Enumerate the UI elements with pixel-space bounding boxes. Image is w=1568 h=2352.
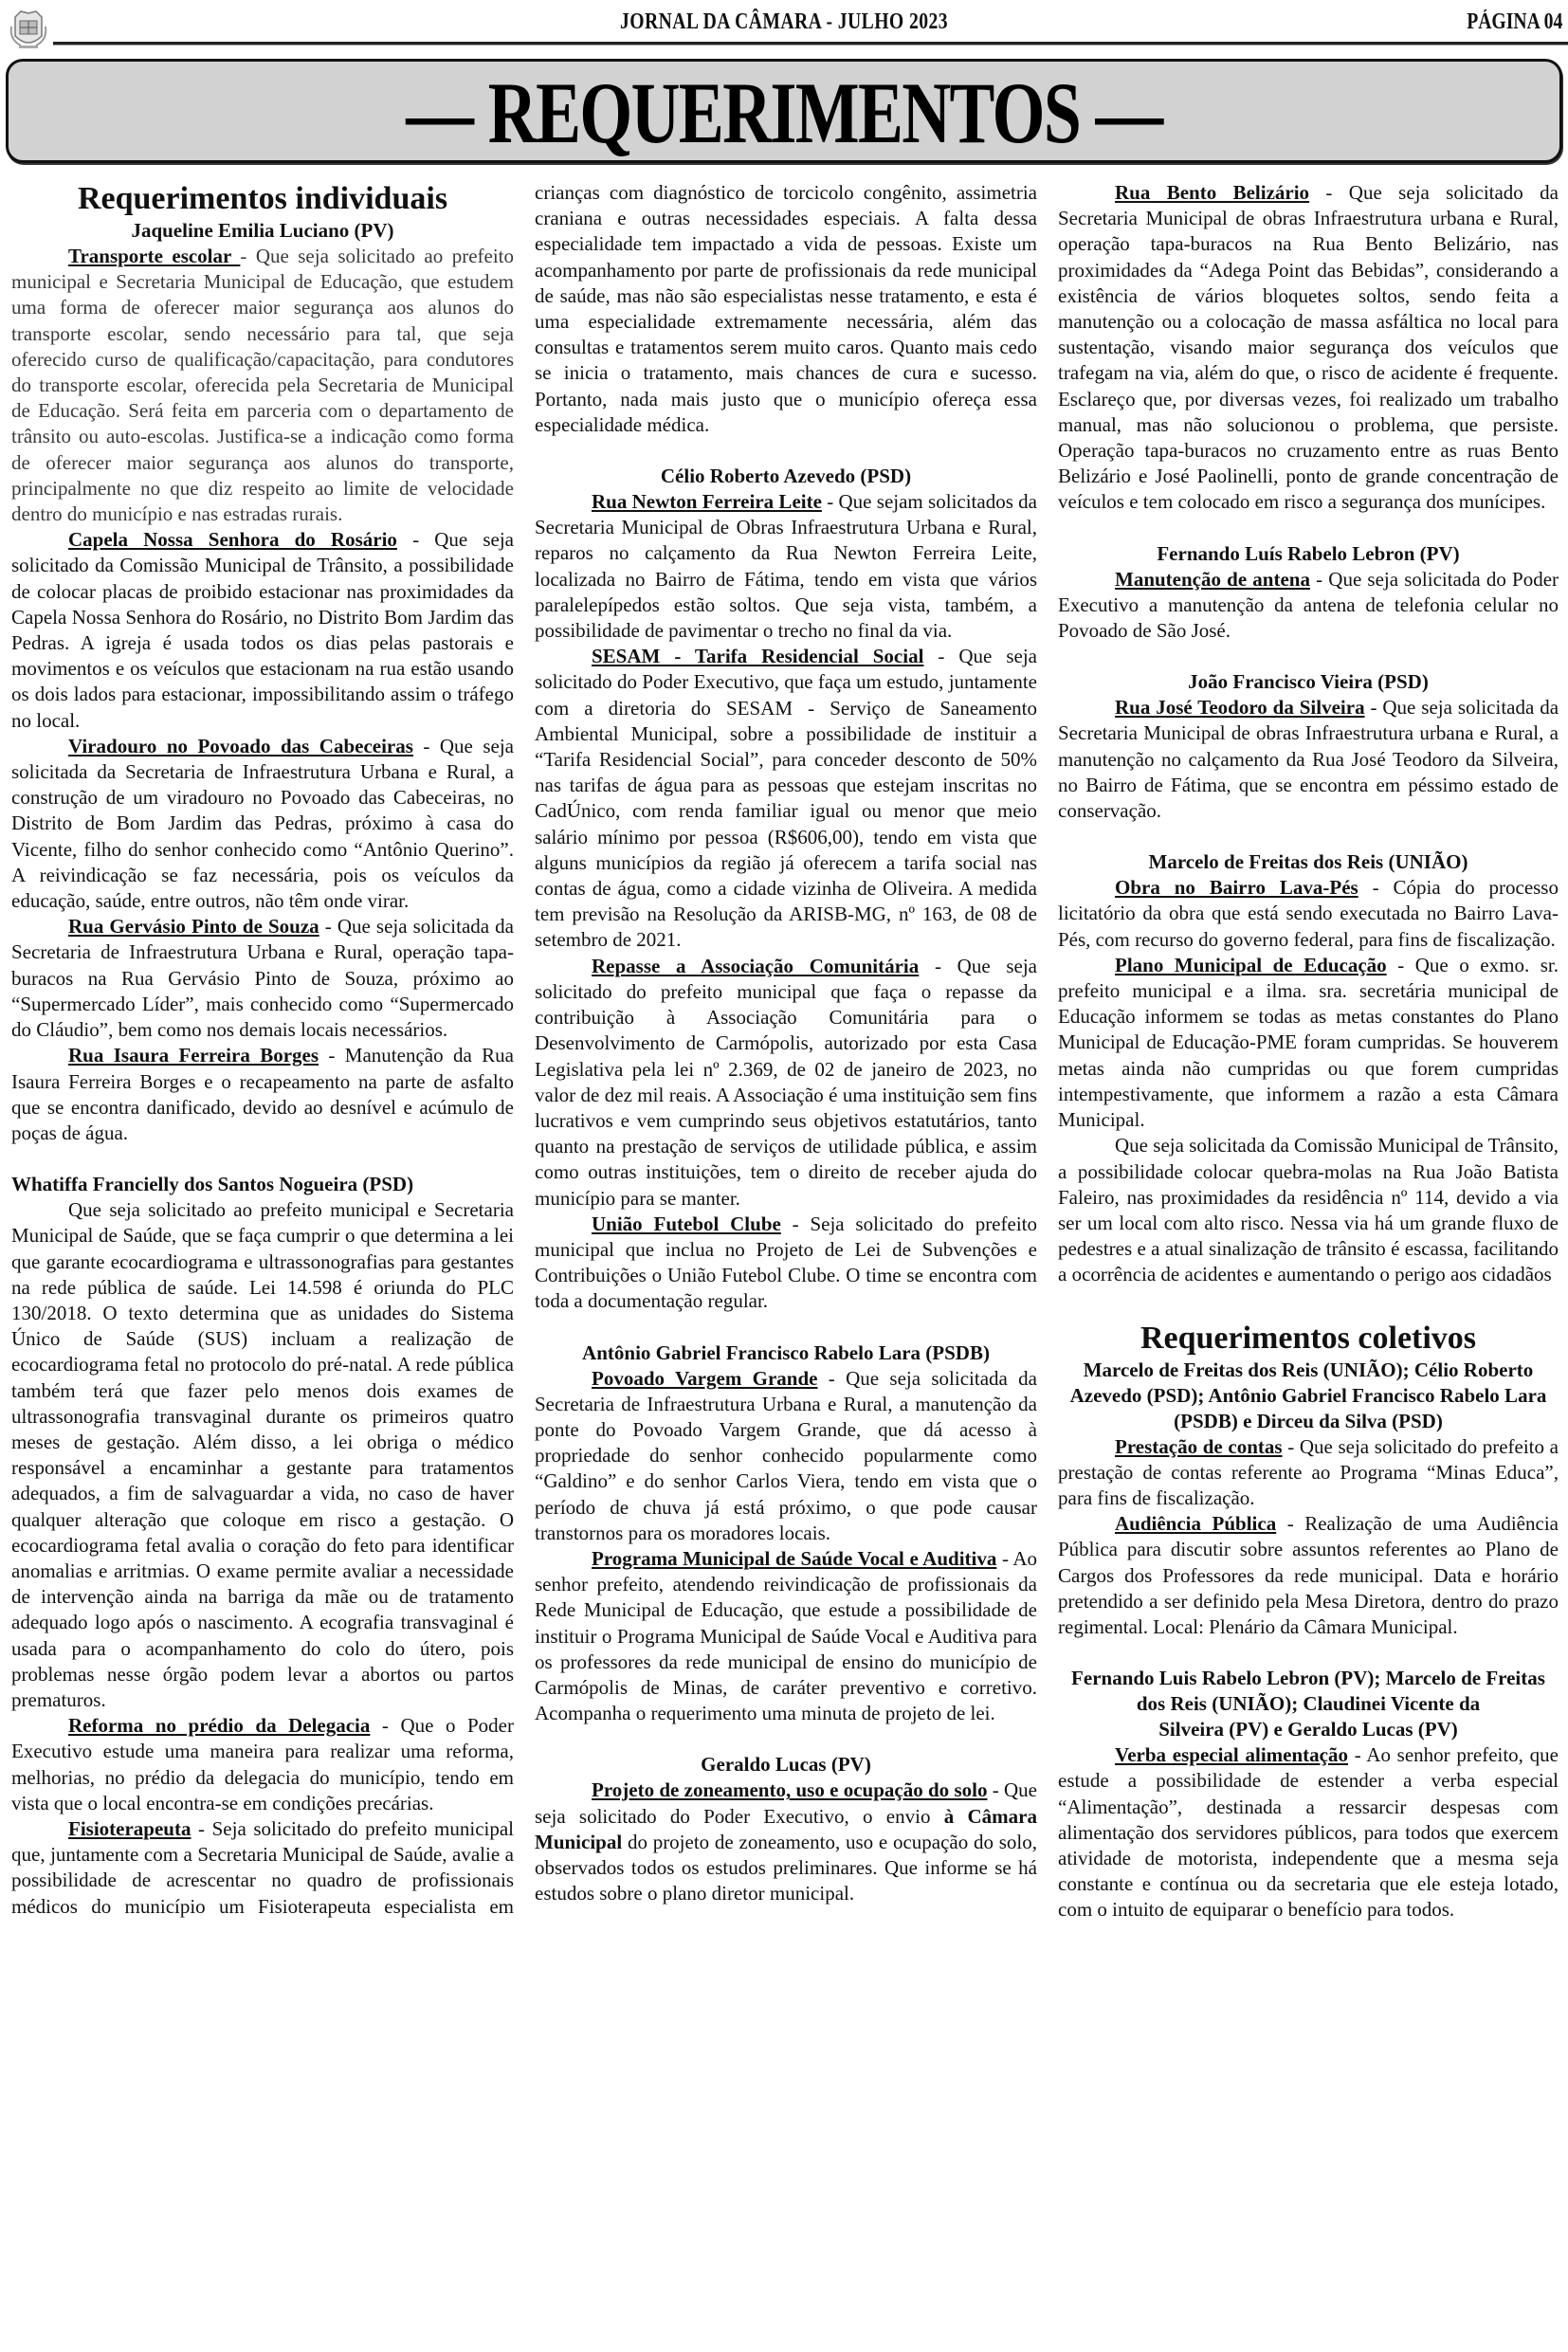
request-transporte-escolar: Transporte escolar - Que seja solicitado… <box>11 244 514 527</box>
request-topic: Verba especial alimentação <box>1115 1743 1348 1766</box>
municipal-coat-of-arms-icon <box>8 8 49 51</box>
request-topic: Transporte escolar <box>68 245 240 267</box>
request-topic: Fisioterapeuta <box>68 1817 191 1840</box>
request-bento: Rua Bento Belizário - Que seja solicitad… <box>1058 180 1559 516</box>
author-whatiffa: Whatiffa Francielly dos Santos Nogueira … <box>11 1172 514 1197</box>
request-topic: Programa Municipal de Saúde Vocal e Audi… <box>592 1547 996 1570</box>
request-text: - Ao senhor prefeito, atendendo reivindi… <box>535 1547 1037 1724</box>
request-jose-teodoro: Rua José Teodoro da Silveira - Que seja … <box>1058 695 1559 824</box>
request-capela: Capela Nossa Senhora do Rosário - Que se… <box>11 527 514 734</box>
request-verba-alimentacao: Verba especial alimentação - Ao senhor p… <box>1058 1742 1559 1923</box>
authors-group-1: Marcelo de Freitas dos Reis (UNIÃO); Cél… <box>1058 1358 1559 1434</box>
spacer <box>535 1315 1037 1340</box>
request-text: - Que seja solicitada da Secretaria de I… <box>535 1367 1037 1544</box>
request-plano-educacao: Plano Municipal de Educação - Que o exmo… <box>1058 953 1559 1133</box>
request-text: - Que seja solicitado da Comissão Munici… <box>11 528 514 731</box>
spacer <box>1058 1288 1559 1314</box>
request-sesam: SESAM - Tarifa Residencial Social - Que … <box>535 644 1037 953</box>
request-text: - Que seja solicitado da Secretaria Muni… <box>1058 181 1559 513</box>
request-topic: Audiência Pública <box>1115 1512 1276 1535</box>
author-antonio: Antônio Gabriel Francisco Rabelo Lara (P… <box>535 1340 1037 1366</box>
request-topic: Prestação de contas <box>1115 1435 1283 1458</box>
request-text: - Que o exmo. sr. prefeito municipal e a… <box>1058 954 1559 1131</box>
section-title-coletivos: Requerimentos coletivos <box>1058 1320 1559 1358</box>
spacer <box>1058 516 1559 541</box>
request-ecocardiograma: Que seja solicitado ao prefeito municipa… <box>11 1197 514 1713</box>
spacer <box>535 438 1037 464</box>
request-lava-pes: Obra no Bairro Lava-Pés - Cópia do proce… <box>1058 875 1559 953</box>
request-topic: SESAM - Tarifa Residencial Social <box>592 645 923 667</box>
request-topic: Rua Isaura Ferreira Borges <box>68 1044 319 1067</box>
request-text: - Que seja solicitado do prefeito munici… <box>535 955 1037 1210</box>
request-vargem-grande: Povoado Vargem Grande - Que seja solicit… <box>535 1366 1037 1546</box>
column-3: Rua Bento Belizário - Que seja solicitad… <box>1058 180 1559 1924</box>
request-text: - Que seja solicitado ao prefeito munici… <box>11 245 514 525</box>
request-uniao-fc: União Futebol Clube - Seja solicitado do… <box>535 1212 1037 1315</box>
author-geraldo: Geraldo Lucas (PV) <box>535 1752 1037 1778</box>
request-associacao: Repasse a Associação Comunitária - Que s… <box>535 954 1037 1212</box>
request-viradouro: Viradouro no Povoado das Cabeceiras - Qu… <box>11 734 514 914</box>
request-topic: Obra no Bairro Lava-Pés <box>1115 876 1358 899</box>
request-topic: Reforma no prédio da Delegacia <box>68 1714 370 1737</box>
request-topic: Rua Gervásio Pinto de Souza <box>68 915 319 938</box>
request-topic: Rua José Teodoro da Silveira <box>1115 696 1365 719</box>
request-newton: Rua Newton Ferreira Leite - Que sejam so… <box>535 489 1037 644</box>
request-fisioterapeuta: Fisioterapeuta - Seja solicitado do pref… <box>11 1816 514 1921</box>
request-text: - Que seja solicitada da Secretaria de I… <box>11 735 514 912</box>
author-fernando: Fernando Luís Rabelo Lebron (PV) <box>1058 541 1559 567</box>
request-audiencia-publica: Audiência Pública - Realização de uma Au… <box>1058 1511 1559 1640</box>
banner-title: — REQUERIMENTOS — <box>179 67 1389 158</box>
author-jaqueline: Jaqueline Emilia Luciano (PV) <box>11 218 514 244</box>
request-text: - Ao senhor prefeito, que estude a possi… <box>1058 1743 1559 1921</box>
request-antena: Manutenção de antena - Que seja solicita… <box>1058 567 1559 645</box>
request-topic: Rua Bento Belizário <box>1115 181 1309 204</box>
request-text: - Que sejam solicitados da Secretaria Mu… <box>535 490 1037 642</box>
request-text: - Que seja solicitado do Poder Executivo… <box>535 645 1037 951</box>
newspaper-title: JORNAL DA CÂMARA - JULHO 2023 <box>141 9 1427 35</box>
request-prestacao-contas: Prestação de contas - Que seja solicitad… <box>1058 1434 1559 1512</box>
request-topic: União Futebol Clube <box>592 1212 781 1235</box>
request-topic: Rua Newton Ferreira Leite <box>592 490 822 513</box>
request-topic: Repasse a Associação Comunitária <box>592 955 919 977</box>
masthead: JORNAL DA CÂMARA - JULHO 2023 PÁGINA 04 <box>0 0 1568 57</box>
authors-group-2-line2: Silveira (PV) e Geraldo Lucas (PV) <box>1058 1717 1559 1742</box>
request-saude-vocal: Programa Municipal de Saúde Vocal e Audi… <box>535 1546 1037 1726</box>
page-number: PÁGINA 04 <box>1467 9 1562 35</box>
request-topic: Viradouro no Povoado das Cabeceiras <box>68 735 413 757</box>
request-topic: Projeto de zoneamento, uso e ocupação do… <box>592 1778 987 1801</box>
section-title-individuais: Requerimentos individuais <box>11 180 514 218</box>
column-1: Requerimentos individuais Jaqueline Emil… <box>11 180 514 1921</box>
request-isaura: Rua Isaura Ferreira Borges - Manutenção … <box>11 1043 514 1146</box>
spacer <box>535 1726 1037 1752</box>
request-topic: Manutenção de antena <box>1115 568 1310 591</box>
spacer <box>1058 644 1559 669</box>
request-topic: Plano Municipal de Educação <box>1115 954 1387 976</box>
request-topic: Povoado Vargem Grande <box>592 1367 817 1390</box>
request-gervasio: Rua Gervásio Pinto de Souza - Que seja s… <box>11 914 514 1043</box>
spacer <box>1058 824 1559 849</box>
author-celio: Célio Roberto Azevedo (PSD) <box>535 464 1037 489</box>
column-2: crianças com diagnóstico de torcicolo co… <box>535 180 1037 1906</box>
request-delegacia: Reforma no prédio da Delegacia - Que o P… <box>11 1713 514 1816</box>
request-zoneamento: Projeto de zoneamento, uso e ocupação do… <box>535 1778 1037 1906</box>
spacer <box>11 1146 514 1172</box>
spacer <box>1058 1640 1559 1666</box>
request-topic: Capela Nossa Senhora do Rosário <box>68 528 397 551</box>
request-fisioterapeuta-continued: crianças com diagnóstico de torcicolo co… <box>535 180 1037 438</box>
author-joao: João Francisco Vieira (PSD) <box>1058 669 1559 695</box>
section-banner: — REQUERIMENTOS — <box>6 59 1562 163</box>
authors-group-2: Fernando Luis Rabelo Lebron (PV); Marcel… <box>1058 1666 1559 1717</box>
header-divider <box>53 42 1568 46</box>
author-marcelo: Marcelo de Freitas dos Reis (UNIÃO) <box>1058 849 1559 875</box>
request-quebra-molas: Que seja solicitada da Comissão Municipa… <box>1058 1133 1559 1287</box>
